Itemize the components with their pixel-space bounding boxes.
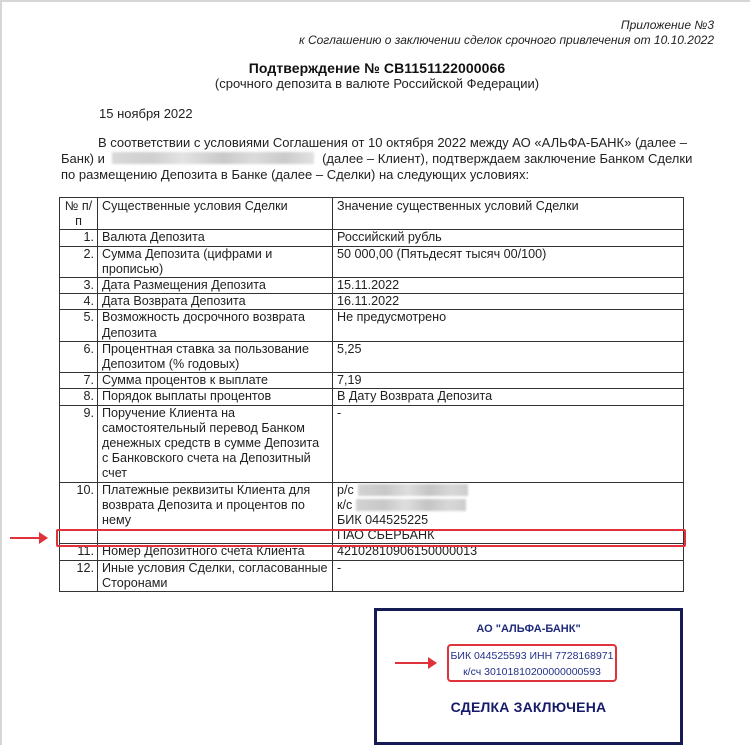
row-value: 16.11.2022 — [333, 294, 684, 310]
table-row: 3. Дата Размещения Депозита 15.11.2022 — [60, 278, 684, 294]
table-row: 6. Процентная ставка за пользование Депо… — [60, 341, 684, 372]
row-value: - — [333, 405, 684, 482]
row-condition: Порядок выплаты процентов — [98, 389, 333, 405]
correspondent-account-label: к/с — [337, 498, 352, 512]
document-title: Подтверждение № СВ1151122000066 — [2, 60, 750, 76]
document-date: 15 ноября 2022 — [99, 106, 193, 121]
highlight-box-deposit-account — [56, 529, 686, 547]
annex-number: Приложение №3 — [299, 18, 714, 33]
annex-reference: Приложение №3 к Соглашению о заключении … — [299, 18, 714, 48]
row-condition: Дата Размещения Депозита — [98, 278, 333, 294]
header-num: № п/п — [60, 198, 98, 230]
row-num: 4. — [60, 294, 98, 310]
client-bank-bik: БИК 044525225 — [337, 513, 679, 528]
row-num: 12. — [60, 560, 98, 591]
stamp-bik-inn: БИК 044525593 ИНН 7728168971 — [449, 648, 615, 664]
table-row: 1. Валюта Депозита Российский рубль — [60, 230, 684, 246]
table-row: 7. Сумма процентов к выплате 7,19 — [60, 373, 684, 389]
table-row: 9. Поручение Клиента на самостоятельный … — [60, 405, 684, 482]
table-row: 12. Иные условия Сделки, согласованные С… — [60, 560, 684, 591]
row-num: 1. — [60, 230, 98, 246]
table-row: 5. Возможность досрочного возврата Депоз… — [60, 310, 684, 341]
row-value: Российский рубль — [333, 230, 684, 246]
row-value: 50 000,00 (Пятьдесят тысяч 00/100) — [333, 246, 684, 277]
row-num: 2. — [60, 246, 98, 277]
row-value: В Дату Возврата Депозита — [333, 389, 684, 405]
redacted-correspondent-account — [356, 499, 466, 511]
row-value: Не предусмотрено — [333, 310, 684, 341]
annex-agreement-ref: к Соглашению о заключении сделок срочног… — [299, 33, 714, 48]
row-condition: Процентная ставка за пользование Депозит… — [98, 341, 333, 372]
row-condition: Валюта Депозита — [98, 230, 333, 246]
row-num: 5. — [60, 310, 98, 341]
highlight-box-bank-requisites: БИК 044525593 ИНН 7728168971 к/сч 301018… — [447, 644, 617, 682]
row-condition: Сумма Депозита (цифрами и прописью) — [98, 246, 333, 277]
table-row: 4. Дата Возврата Депозита 16.11.2022 — [60, 294, 684, 310]
table-row: 2. Сумма Депозита (цифрами и прописью) 5… — [60, 246, 684, 277]
table-row: 8. Порядок выплаты процентов В Дату Возв… — [60, 389, 684, 405]
document-subtitle: (срочного депозита в валюте Российской Ф… — [2, 76, 750, 91]
bank-stamp: АО "АЛЬФА-БАНК" БИК 044525593 ИНН 772816… — [374, 608, 683, 745]
redacted-client-name — [112, 152, 314, 164]
table-header-row: № п/п Существенные условия Сделки Значен… — [60, 198, 684, 230]
row-condition: Сумма процентов к выплате — [98, 373, 333, 389]
header-value: Значение существенных условий Сделки — [333, 198, 684, 230]
row-condition: Иные условия Сделки, согласованные Сторо… — [98, 560, 333, 591]
redacted-settlement-account — [358, 484, 468, 496]
stamp-deal-status: СДЕЛКА ЗАКЛЮЧЕНА — [377, 699, 680, 715]
arrow-right-icon — [395, 662, 435, 664]
correspondent-account: к/с — [337, 498, 679, 513]
settlement-account: р/с — [337, 483, 679, 498]
document-page: Приложение №3 к Соглашению о заключении … — [0, 0, 750, 745]
stamp-correspondent-account: к/сч 30101810200000000593 — [449, 664, 615, 680]
stamp-bank-name: АО "АЛЬФА-БАНК" — [377, 623, 680, 635]
row-num: 9. — [60, 405, 98, 482]
intro-paragraph: В соответствии с условиями Соглашения от… — [61, 135, 701, 183]
row-condition: Дата Возврата Депозита — [98, 294, 333, 310]
settlement-account-label: р/с — [337, 483, 354, 497]
row-condition: Поручение Клиента на самостоятельный пер… — [98, 405, 333, 482]
row-num: 8. — [60, 389, 98, 405]
row-value: - — [333, 560, 684, 591]
arrow-right-icon — [10, 537, 46, 539]
row-value: 7,19 — [333, 373, 684, 389]
row-num: 6. — [60, 341, 98, 372]
row-condition: Возможность досрочного возврата Депозита — [98, 310, 333, 341]
row-value: 15.11.2022 — [333, 278, 684, 294]
row-value: 5,25 — [333, 341, 684, 372]
row-num: 7. — [60, 373, 98, 389]
header-condition: Существенные условия Сделки — [98, 198, 333, 230]
row-num: 3. — [60, 278, 98, 294]
